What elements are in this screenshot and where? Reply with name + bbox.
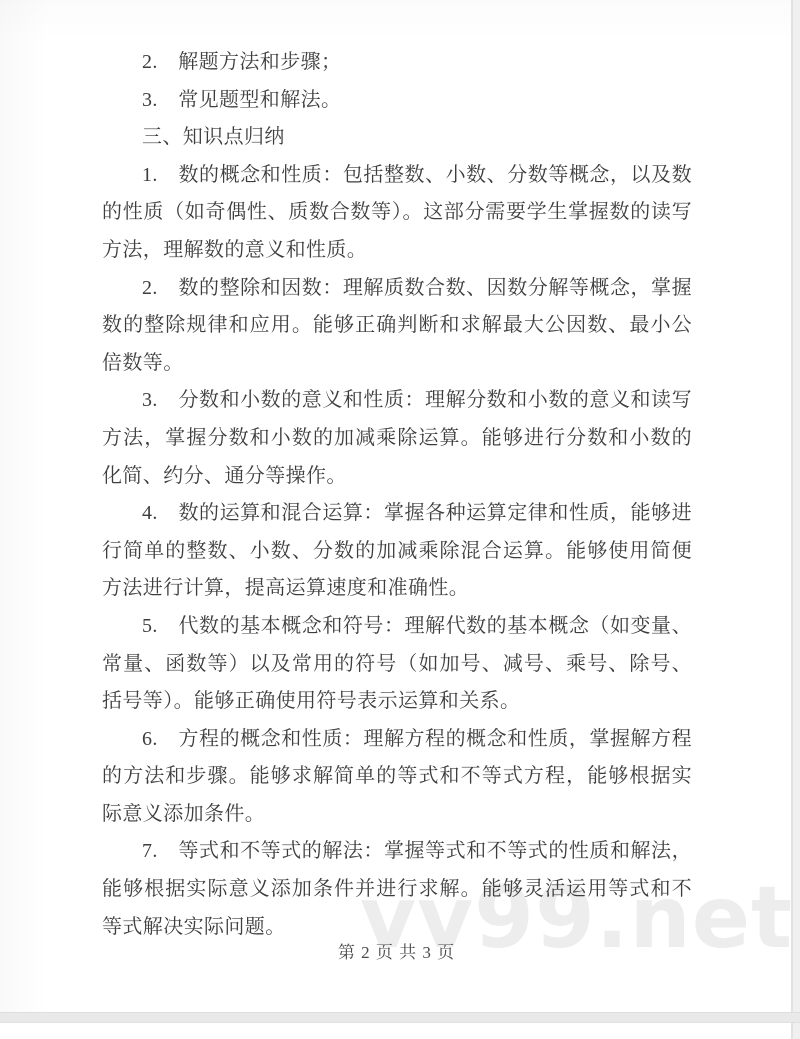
page-content: 2. 解题方法和步骤； 3. 常见题型和解法。 三、知识点归纳 1. 数的概念和… xyxy=(102,44,692,946)
paragraph: 3. 分数和小数的意义和性质：理解分数和小数的意义和读写方法，掌握分数和小数的加… xyxy=(102,382,692,495)
page-gap xyxy=(0,1012,800,1023)
document-viewer: vv99.net 2. 解题方法和步骤； 3. 常见题型和解法。 三、知识点归纳… xyxy=(0,0,800,1039)
paragraph: 2. 数的整除和因数：理解质数合数、因数分解等概念，掌握数的整除规律和应用。能够… xyxy=(102,270,692,383)
paragraph: 6. 方程的概念和性质：理解方程的概念和性质，掌握解方程的方法和步骤。能够求解简… xyxy=(102,721,692,834)
paragraph: 5. 代数的基本概念和符号：理解代数的基本概念（如变量、常量、函数等）以及常用的… xyxy=(102,608,692,721)
paragraph: 7. 等式和不等式的解法：掌握等式和不等式的性质和解法，能够根据实际意义添加条件… xyxy=(102,833,692,946)
section-heading: 三、知识点归纳 xyxy=(102,119,692,157)
document-page: vv99.net 2. 解题方法和步骤； 3. 常见题型和解法。 三、知识点归纳… xyxy=(0,0,793,1012)
paragraph: 4. 数的运算和混合运算：掌握各种运算定律和性质，能够进行简单的整数、小数、分数… xyxy=(102,495,692,608)
paragraph: 1. 数的概念和性质：包括整数、小数、分数等概念，以及数的性质（如奇偶性、质数合… xyxy=(102,157,692,270)
list-item: 2. 解题方法和步骤； xyxy=(102,44,692,82)
page-number: 第 2 页 共 3 页 xyxy=(0,938,793,963)
list-item: 3. 常见题型和解法。 xyxy=(102,82,692,120)
next-page-top xyxy=(0,1023,793,1039)
